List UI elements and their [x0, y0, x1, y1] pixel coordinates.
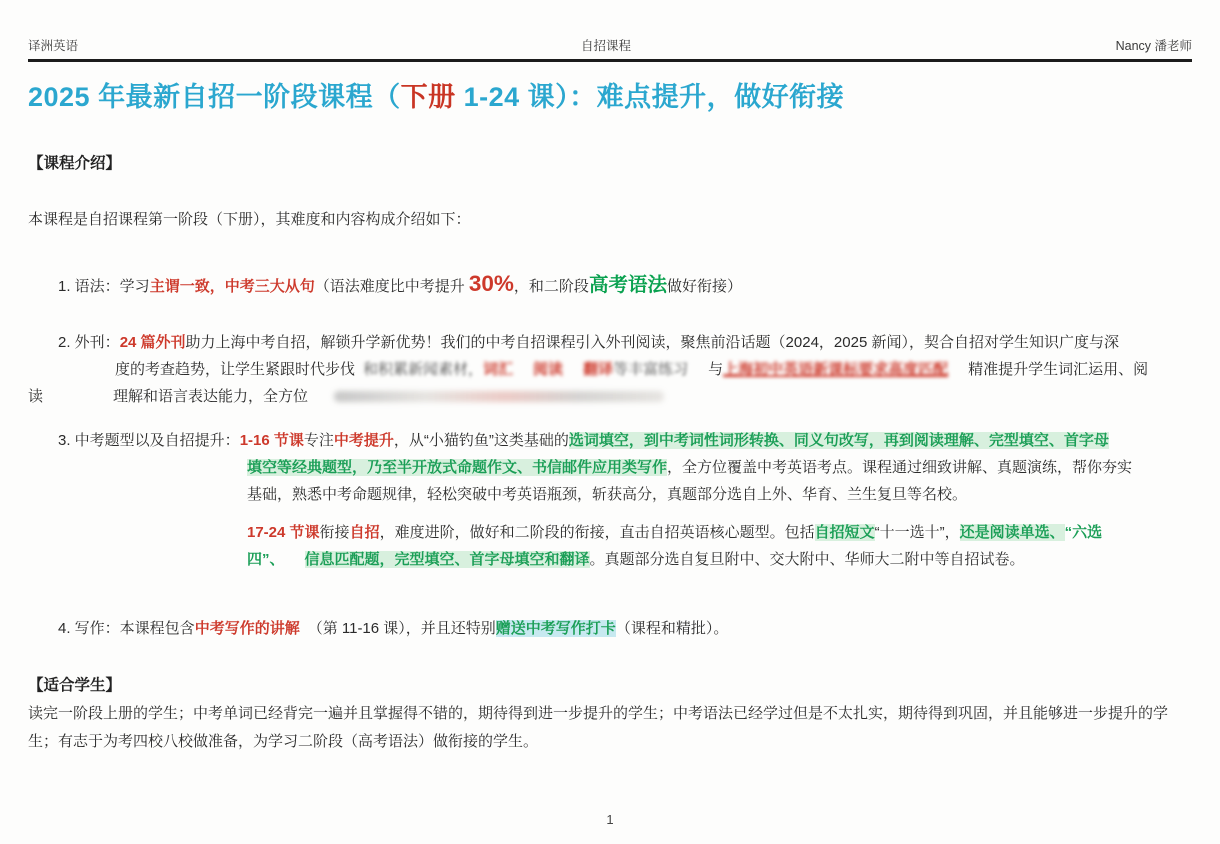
page-title: 2025 年最新自招一阶段课程（下册 1-24 课）：难点提升，做好衔接 [28, 75, 1192, 114]
text-segment: 高考语法 [589, 274, 667, 296]
text-segment: 助力上海中考自招，解锁升学新优势！我们的中考自招课程引入外刊阅读，聚焦前沿话题（… [186, 334, 1119, 351]
text-segment: 3. 中考题型以及自招提升： [58, 432, 240, 449]
text-segment: 下册 [401, 82, 456, 112]
text-segment: 词汇 [483, 361, 513, 378]
text-segment: （语法难度比中考提升 [315, 278, 469, 295]
text-segment: 。真题部分选自复旦附中、交大附中、华师大二附中等自招试卷。 [590, 551, 1025, 568]
page-header: 译洲英语 自招课程 Nancy 潘老师 [28, 0, 1192, 54]
text-segment: 基础，熟悉中考命题规律，轻松突破中考英语瓶颈，斩获高分，真题部分选自上外、华育、… [247, 486, 967, 503]
document-page: 译洲英语 自招课程 Nancy 潘老师 2025 年最新自招一阶段课程（下册 1… [0, 0, 1220, 844]
text-segment: （第 11-16 课），并且还特别 [308, 620, 496, 637]
header-school-name: 译洲英语 [28, 36, 78, 54]
text-segment: （课程和精批）。 [616, 620, 729, 637]
suitable-paragraph: 读完一阶段上册的学生；中考单词已经背完一遍并且掌握得不错的，期待得到进一步提升的… [28, 700, 1192, 756]
text-segment: 等丰富练习 [613, 361, 688, 378]
text-segment: “六选 [1065, 524, 1103, 541]
text-segment: 1. 语法：学习 [58, 278, 150, 295]
text-segment: 赠送中考写作打卡 [496, 620, 616, 637]
text-segment: 选词填空，到中考词性词形转换、同义句改写，再到阅读理解、完型填空、首字母 [569, 432, 1109, 449]
text-segment: 精准提升学生词汇运用、阅 [968, 361, 1148, 378]
text-segment: “十一选十”， [875, 524, 960, 541]
text-segment: 自招 [350, 524, 380, 541]
text-segment: ，从“小猫钓鱼”这类基础的 [394, 432, 569, 449]
section-heading-intro: 【课程介绍】 [28, 151, 1192, 173]
text-segment: 与 [708, 361, 723, 378]
text-segment: 2. 外刊： [58, 334, 120, 351]
course-list: 1. 语法：学习主谓一致，中考三大从句（语法难度比中考提升 30%，和二阶段高考… [28, 270, 1192, 642]
text-segment: 度的考查趋势，让学生紧跟时代步伐 [115, 361, 355, 378]
text-segment: 理解和语言表达能力，全方位 [113, 388, 308, 405]
text-segment: 和积累新闻素材， [363, 361, 483, 378]
text-segment: 信息匹配题，完型填空、首字母填空和翻译 [305, 551, 590, 568]
list-item-grammar: 1. 语法：学习主谓一致，中考三大从句（语法难度比中考提升 30%，和二阶段高考… [28, 270, 1192, 300]
text-segment: ，难度进阶，做好和二阶段的衔接，直击自招英语核心题型。包括 [380, 524, 815, 541]
text-segment: 1-24 课）：难点提升，做好衔接 [456, 82, 845, 112]
header-divider [28, 59, 1192, 62]
text-segment: 还是阅读单选、 [960, 524, 1065, 541]
text-segment: 上海初中英语新课标要求高度匹配 [723, 361, 948, 378]
list-item-foreign-journals: 2. 外刊：24 篇外刊助力上海中考自招，解锁升学新优势！我们的中考自招课程引入… [28, 329, 1192, 410]
text-segment: 翻译 [583, 361, 613, 378]
text-segment: 中考提升 [334, 432, 394, 449]
text-segment: 17-24 节课 [247, 524, 320, 541]
text-segment: ，和二阶段 [514, 278, 589, 295]
text-segment: 阅读 [533, 361, 563, 378]
text-segment: 四”、 [247, 551, 285, 568]
header-teacher-name: Nancy 潘老师 [1116, 36, 1192, 54]
list-item-exam-types: 3. 中考题型以及自招提升：1-16 节课专注中考提升，从“小猫钓鱼”这类基础的… [28, 427, 1192, 573]
text-segment: 4. 写作：本课程包含 [58, 620, 195, 637]
text-segment: 做好衔接） [667, 278, 742, 295]
section-heading-suitable: 【适合学生】 [28, 673, 1192, 695]
intro-paragraph: 本课程是自招课程第一阶段（下册），其难度和内容构成介绍如下： [28, 206, 1192, 233]
text-segment: 衔接 [320, 524, 350, 541]
text-segment: 自招短文 [815, 524, 875, 541]
text-segment: 读 [28, 388, 43, 405]
page-number: 1 [28, 812, 1192, 827]
text-segment: 主谓一致，中考三大从句 [150, 278, 315, 295]
text-segment: 中考写作的讲解 [195, 620, 300, 637]
text-segment: 2025 年最新自招一阶段课程（ [28, 82, 401, 112]
text-segment: 1-16 节课 [240, 432, 304, 449]
list-item-writing: 4. 写作：本课程包含中考写作的讲解（第 11-16 课），并且还特别赠送中考写… [28, 615, 1192, 642]
text-segment: 24 篇外刊 [120, 334, 186, 351]
text-segment: 专注 [304, 432, 334, 449]
header-course-name: 自招课程 [581, 36, 631, 54]
text-segment: ，全方位覆盖中考英语考点。课程通过细致讲解、真题演练，帮你夯实 [667, 459, 1132, 476]
redacted-smudge [334, 391, 664, 402]
text-segment: 30% [469, 271, 514, 296]
text-segment: 填空等经典题型，乃至半开放式命题作文、书信邮件应用类写作 [247, 459, 667, 476]
